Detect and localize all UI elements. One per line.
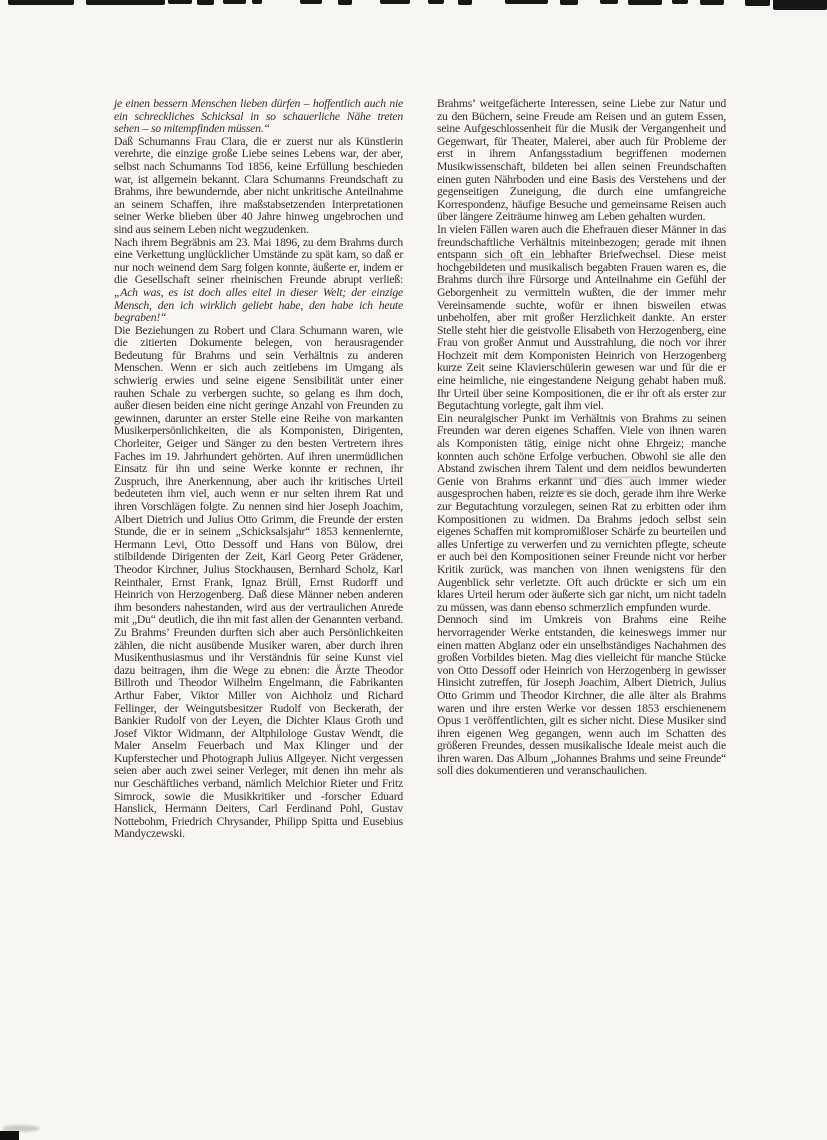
paragraph: In vielen Fällen waren auch die Ehefraue… bbox=[437, 224, 726, 413]
scan-artifact-segment bbox=[8, 0, 74, 5]
paragraph: Nach ihrem Begräbnis am 23. Mai 1896, zu… bbox=[114, 237, 403, 325]
body-text: Nach ihrem Begräbnis am 23. Mai 1896, zu… bbox=[114, 236, 403, 287]
scan-artifact-segment bbox=[745, 0, 770, 6]
scan-artifact-segment bbox=[560, 0, 578, 5]
scan-artifact-segment bbox=[428, 0, 444, 4]
text-column-right: Brahms’ weitgefächerte Interessen, seine… bbox=[437, 98, 726, 778]
paragraph: Dennoch sind im Umkreis von Brahms eine … bbox=[437, 614, 726, 778]
scan-artifact-segment bbox=[672, 0, 688, 4]
paragraph: Ein neuralgischer Punkt im Verhältnis vo… bbox=[437, 413, 726, 615]
body-text: Daß Schumanns Frau Clara, die er zuerst … bbox=[114, 135, 403, 236]
scan-artifact-top-edge bbox=[0, 0, 827, 12]
scan-artifact-segment bbox=[197, 0, 214, 5]
quote-text: je einen bessern Menschen lieben dürfen … bbox=[114, 97, 403, 135]
text-column-left: je einen bessern Menschen lieben dürfen … bbox=[114, 98, 403, 841]
body-text: Dennoch sind im Umkreis von Brahms eine … bbox=[437, 613, 726, 777]
paragraph: Brahms’ weitgefächerte Interessen, seine… bbox=[437, 98, 726, 224]
body-text: Die Beziehungen zu Robert und Clara Schu… bbox=[114, 324, 403, 841]
scan-artifact-segment bbox=[168, 0, 192, 4]
paragraph: Daß Schumanns Frau Clara, die er zuerst … bbox=[114, 136, 403, 237]
paragraph: je einen bessern Menschen lieben dürfen … bbox=[114, 98, 403, 136]
scan-artifact-segment bbox=[338, 0, 352, 5]
body-text: Ein neuralgischer Punkt im Verhältnis vo… bbox=[437, 412, 726, 614]
scan-artifact-segment bbox=[773, 0, 827, 10]
scanned-page: je einen bessern Menschen lieben dürfen … bbox=[0, 0, 827, 1140]
scan-artifact-segment bbox=[252, 0, 262, 4]
pencil-mark bbox=[556, 490, 574, 493]
scan-artifact-segment bbox=[628, 0, 662, 5]
quote-text: „Ach was, es ist doch alles eitel in die… bbox=[114, 286, 403, 324]
scan-artifact-bottom-left bbox=[0, 1131, 19, 1140]
scan-artifact-segment bbox=[600, 0, 618, 4]
scan-artifact-segment bbox=[300, 0, 322, 4]
scan-artifact-segment bbox=[223, 0, 246, 4]
body-text: In vielen Fällen waren auch die Ehefraue… bbox=[437, 223, 726, 412]
scan-artifact-segment bbox=[380, 0, 410, 4]
scan-artifact-segment bbox=[505, 0, 548, 4]
scan-artifact-segment bbox=[458, 0, 472, 5]
scan-artifact-segment bbox=[86, 0, 165, 5]
paragraph: Die Beziehungen zu Robert und Clara Schu… bbox=[114, 325, 403, 841]
scan-artifact-segment bbox=[700, 0, 724, 5]
body-text: Brahms’ weitgefächerte Interessen, seine… bbox=[437, 97, 726, 223]
